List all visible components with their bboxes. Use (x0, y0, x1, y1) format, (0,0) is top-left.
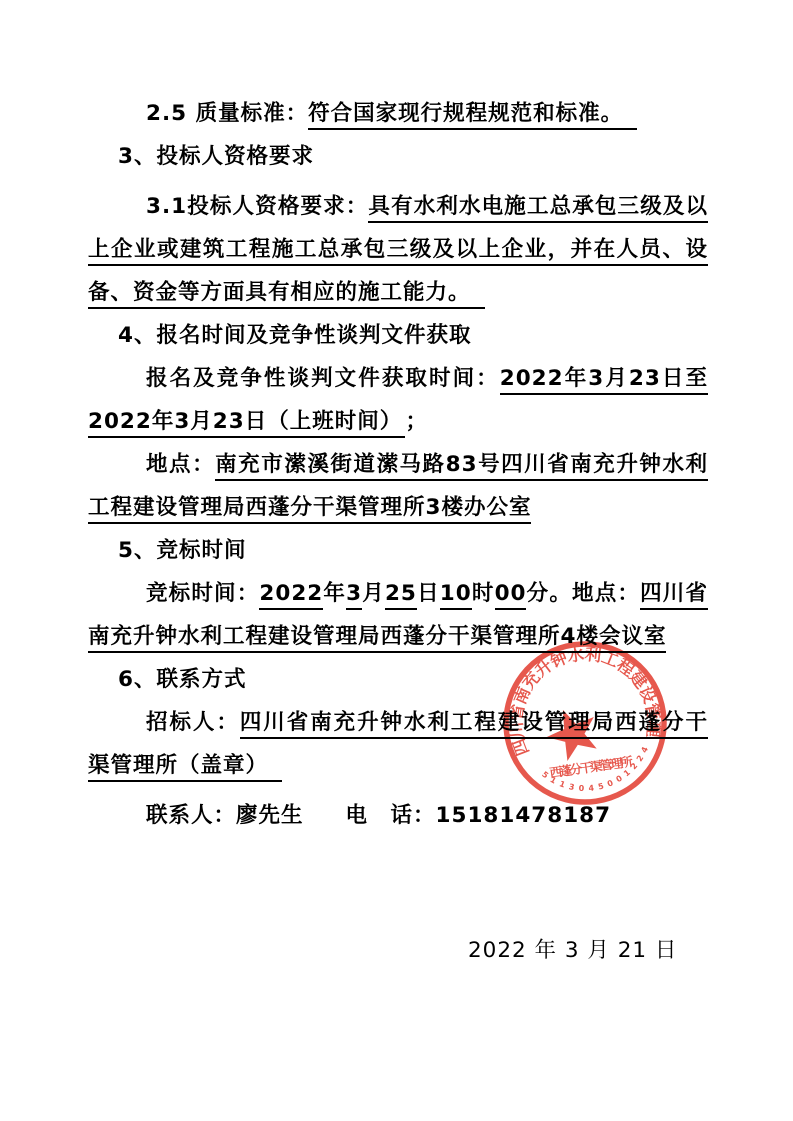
bid-time-minute-unit: 分。 (526, 581, 572, 606)
registration-location-label: 地点： (146, 452, 215, 477)
quality-standard-line: 2.5 质量标准：符合国家现行规程规范和标准。 (88, 92, 708, 135)
bid-time-day-unit: 日 (417, 581, 440, 606)
quality-standard-value: 符合国家现行规程规范和标准。 (308, 101, 637, 130)
document-body: 2.5 质量标准：符合国家现行规程规范和标准。 3、投标人资格要求 3.1投标人… (88, 0, 708, 972)
bid-time-year: 2022 (259, 581, 323, 610)
document-date: 2022 年 3 月 21 日 (88, 929, 708, 972)
bid-time-day: 25 (385, 581, 417, 610)
tenderer-label: 招标人： (146, 710, 240, 735)
registration-location-paragraph: 地点：南充市潆溪街道潆马路83号四川省南充升钟水利工程建设管理局西蓬分干渠管理所… (88, 443, 708, 529)
contact-phone-label: 电 话： (346, 803, 436, 828)
contact-name-label: 联系人： (146, 803, 236, 828)
bid-time-hour-unit: 时 (472, 581, 495, 606)
contact-name: 廖先生 (236, 803, 304, 828)
heading-bid-time: 5、竞标时间 (88, 529, 708, 572)
heading-bidder-qualification: 3、投标人资格要求 (88, 135, 708, 178)
document-page: { "content": { "quality": { "label": "2.… (0, 0, 793, 1121)
bid-time-month-unit: 月 (362, 581, 385, 606)
qualification-label: 3.1投标人资格要求： (146, 194, 368, 219)
qualification-paragraph: 3.1投标人资格要求：具有水利水电施工总承包三级及以上企业或建筑工程施工总承包三… (88, 185, 708, 314)
registration-time-paragraph: 报名及竞争性谈判文件获取时间：2022年3月23日至2022年3月23日（上班时… (88, 357, 708, 443)
contact-phone-number: 15181478187 (436, 803, 612, 828)
contact-paragraph: 联系人：廖先生电 话：15181478187 (88, 794, 708, 837)
bid-time-minute: 00 (495, 581, 527, 610)
bid-venue-label: 地点： (572, 581, 640, 606)
registration-time-tail: ； (405, 409, 428, 434)
quality-standard-label: 2.5 质量标准： (146, 101, 308, 126)
bid-time-year-unit: 年 (323, 581, 346, 606)
heading-contact: 6、联系方式 (88, 658, 708, 701)
bid-time-hour: 10 (440, 581, 472, 610)
bid-time-month: 3 (346, 581, 362, 610)
bid-time-label: 竞标时间： (146, 581, 259, 606)
bid-time-paragraph: 竞标时间：2022年3月25日10时00分。地点：四川省南充升钟水利工程建设管理… (88, 572, 708, 658)
tenderer-paragraph: 招标人：四川省南充升钟水利工程建设管理局西蓬分干渠管理所（盖章） (88, 701, 708, 787)
registration-time-label: 报名及竞争性谈判文件获取时间： (146, 366, 500, 391)
heading-registration: 4、报名时间及竞争性谈判文件获取 (88, 314, 708, 357)
